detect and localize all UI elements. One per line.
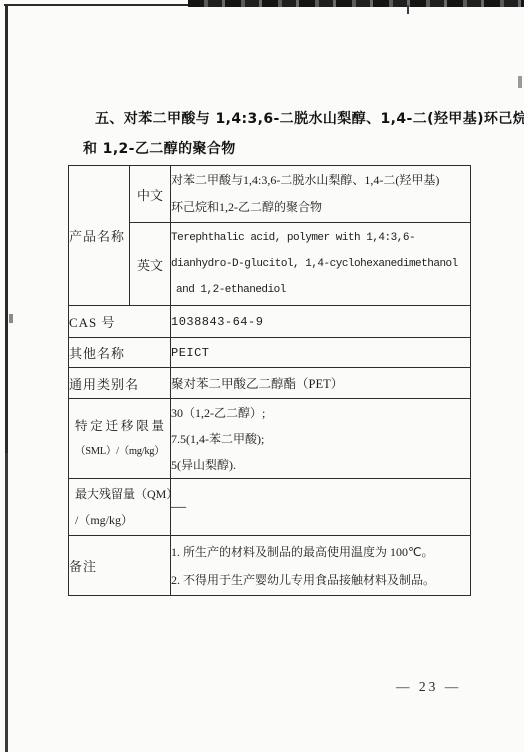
english-name-line2: dianhydro-D-glucitol, 1,4-cyclohexanedim… [171, 251, 470, 277]
qm-value: — [171, 479, 471, 536]
product-name-label: 产品名称 [69, 166, 130, 306]
cas-value: 1038843-64-9 [171, 306, 471, 338]
sml-label-line2: （SML）/（mg/kg） [75, 439, 164, 465]
scan-edge-top-bar [188, 0, 524, 7]
remarks-label: 备注 [69, 536, 171, 596]
other-names-label: 其他名称 [69, 338, 171, 368]
english-label: 英文 [130, 223, 171, 306]
chinese-label: 中文 [130, 166, 171, 223]
scan-speck [9, 314, 13, 323]
remarks-line2: 2. 不得用于生产婴幼儿专用食品接触材料及制品。 [171, 566, 470, 594]
scan-edge-top-line [4, 4, 214, 6]
section-heading-line2: 和 1,2-乙二醇的聚合物 [83, 134, 493, 164]
sml-label-line1: 特定迁移限量 [75, 413, 164, 439]
page-number: — 23 — [396, 679, 461, 695]
sml-value-line2: 7.5(1,4-苯二甲酸); [171, 426, 470, 452]
qm-label-line1: 最大残留量（QM） [75, 481, 170, 507]
english-name-line1: Terephthalic acid, polymer with 1,4:3,6- [171, 225, 470, 251]
scanned-page: 五、对苯二甲酸与 1,4:3,6-二脱水山梨醇、1,4-二(羟甲基)环己烷 和 … [0, 0, 524, 752]
cas-label: CAS 号 [69, 306, 171, 338]
remarks-line1: 1. 所生产的材料及制品的最高使用温度为 100℃。 [171, 538, 470, 566]
scan-artifact-tick [407, 5, 409, 14]
generic-class-value: 聚对苯二甲酸乙二醇酯（PET） [171, 368, 471, 399]
other-names-value: PEICT [171, 338, 471, 368]
english-name-line3: and 1,2-ethanediol [171, 277, 470, 303]
substance-info-table: 产品名称 中文 对苯二甲酸与1,4:3,6-二脱水山梨醇、1,4-二(羟甲基) … [68, 165, 471, 596]
generic-class-label: 通用类别名 [69, 368, 171, 399]
qm-label-line2: /（mg/kg） [75, 507, 170, 533]
scan-speck [518, 76, 522, 88]
section-heading: 五、对苯二甲酸与 1,4:3,6-二脱水山梨醇、1,4-二(羟甲基)环己烷 和 … [83, 104, 493, 164]
sml-value-line1: 30（1,2-乙二醇）; [171, 400, 470, 426]
chinese-name-line2: 环己烷和1,2-乙二醇的聚合物 [171, 194, 470, 221]
sml-value-line3: 5(异山梨醇). [171, 452, 470, 478]
chinese-name-line1: 对苯二甲酸与1,4:3,6-二脱水山梨醇、1,4-二(羟甲基) [171, 167, 470, 194]
section-heading-line1: 五、对苯二甲酸与 1,4:3,6-二脱水山梨醇、1,4-二(羟甲基)环己烷 [83, 104, 493, 134]
scan-edge-left-line [5, 4, 8, 752]
